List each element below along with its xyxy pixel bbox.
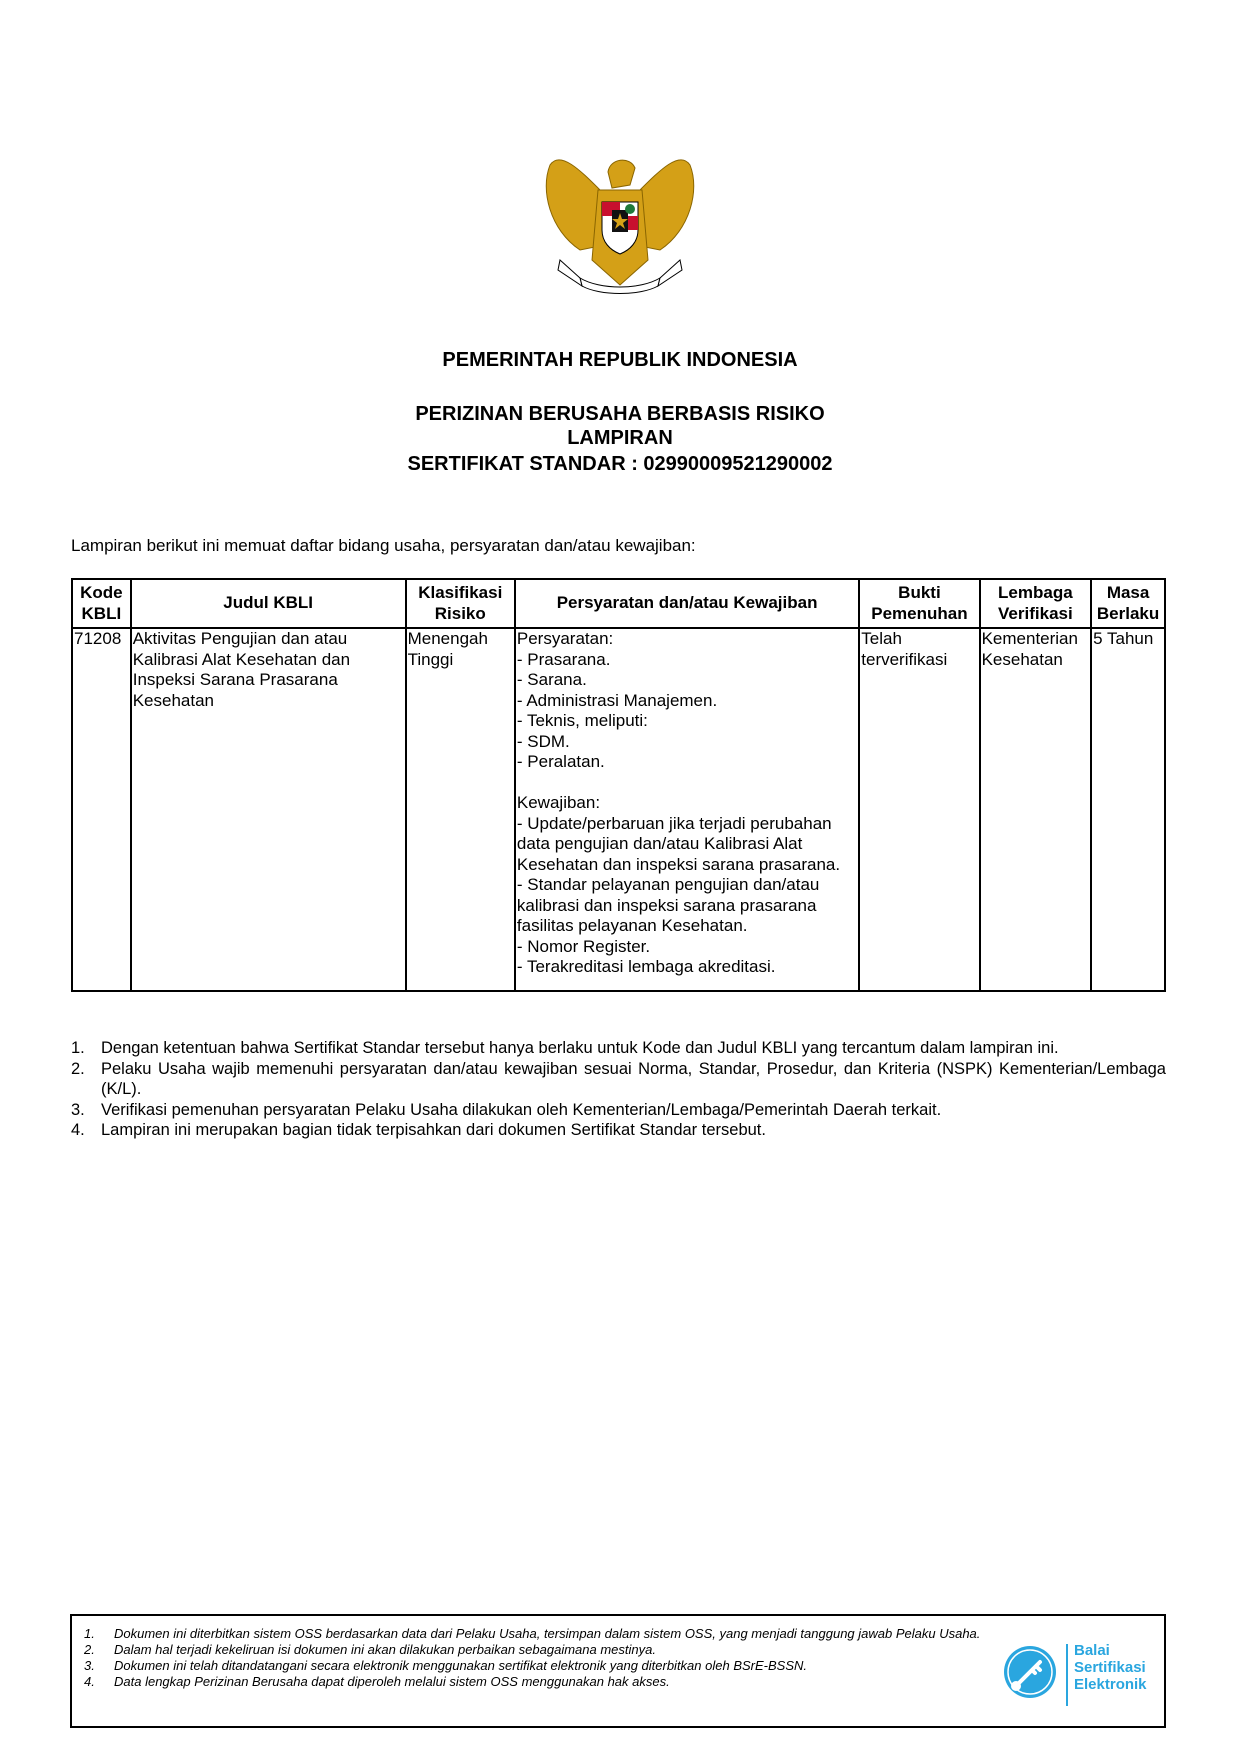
requirement-line: - Standar pelayanan pengujian dan/atau k… bbox=[517, 875, 857, 937]
intro-text: Lampiran berikut ini memuat daftar bidan… bbox=[71, 536, 696, 556]
table-row: 71208 Aktivitas Pengujian dan atau Kalib… bbox=[72, 628, 1165, 991]
requirement-line: Persyaratan: bbox=[517, 629, 857, 650]
logo-divider bbox=[1066, 1644, 1068, 1706]
requirement-line: - SDM. bbox=[517, 732, 857, 753]
certificate-number: SERTIFIKAT STANDAR : 02990009521290002 bbox=[0, 452, 1240, 476]
header-bukti-pemenuhan: BuktiPemenuhan bbox=[859, 579, 979, 628]
header-klasifikasi-risiko: KlasifikasiRisiko bbox=[406, 579, 515, 628]
requirement-line: - Terakreditasi lembaga akreditasi. bbox=[517, 957, 857, 978]
header-masa-berlaku: MasaBerlaku bbox=[1091, 579, 1165, 628]
requirement-line: - Nomor Register. bbox=[517, 937, 857, 958]
attachment-title: LAMPIRAN bbox=[0, 426, 1240, 450]
note-item: 2.Pelaku Usaha wajib memenuhi persyarata… bbox=[71, 1059, 1166, 1100]
cell-lembaga: Kementerian Kesehatan bbox=[980, 628, 1092, 991]
cell-klasifikasi: Menengah Tinggi bbox=[406, 628, 515, 991]
table-header-row: KodeKBLI Judul KBLI KlasifikasiRisiko Pe… bbox=[72, 579, 1165, 628]
header-judul-kbli: Judul KBLI bbox=[131, 579, 406, 628]
disclaimer-item: 4.Data lengkap Perizinan Berusaha dapat … bbox=[84, 1674, 984, 1690]
requirement-line: - Prasarana. bbox=[517, 650, 857, 671]
requirement-line: Kewajiban: bbox=[517, 793, 857, 814]
header-lembaga-verifikasi: LembagaVerifikasi bbox=[980, 579, 1092, 628]
note-item: 3.Verifikasi pemenuhan persyaratan Pelak… bbox=[71, 1100, 1166, 1121]
cell-masa: 5 Tahun bbox=[1091, 628, 1165, 991]
requirement-line: - Update/perbaruan jika terjadi perubaha… bbox=[517, 814, 857, 876]
footer-disclaimer-box: 1.Dokumen ini diterbitkan sistem OSS ber… bbox=[70, 1614, 1166, 1728]
requirement-line: - Administrasi Manajemen. bbox=[517, 691, 857, 712]
requirement-line bbox=[517, 773, 857, 794]
header-kode-kbli: KodeKBLI bbox=[72, 579, 131, 628]
disclaimer-item: 1.Dokumen ini diterbitkan sistem OSS ber… bbox=[84, 1626, 984, 1642]
requirement-line: - Teknis, meliputi: bbox=[517, 711, 857, 732]
document-type-title: PERIZINAN BERUSAHA BERBASIS RISIKO bbox=[0, 402, 1240, 426]
disclaimer-item: 2.Dalam hal terjadi kekeliruan isi dokum… bbox=[84, 1642, 984, 1658]
cell-judul: Aktivitas Pengujian dan atau Kalibrasi A… bbox=[131, 628, 406, 991]
note-item: 4.Lampiran ini merupakan bagian tidak te… bbox=[71, 1120, 1166, 1141]
issuer-title: PEMERINTAH REPUBLIK INDONESIA bbox=[0, 348, 1240, 372]
cell-persyaratan: Persyaratan:- Prasarana.- Sarana.- Admin… bbox=[515, 628, 859, 991]
bsre-logo: Balai Sertifikasi Elektronik bbox=[1002, 1636, 1162, 1716]
garuda-pancasila-emblem bbox=[540, 150, 700, 300]
key-circle-icon bbox=[1002, 1644, 1058, 1700]
requirement-line: - Sarana. bbox=[517, 670, 857, 691]
disclaimer-list: 1.Dokumen ini diterbitkan sistem OSS ber… bbox=[84, 1626, 984, 1690]
header-persyaratan: Persyaratan dan/atau Kewajiban bbox=[515, 579, 859, 628]
kbli-table: KodeKBLI Judul KBLI KlasifikasiRisiko Pe… bbox=[71, 578, 1166, 992]
note-item: 1.Dengan ketentuan bahwa Sertifikat Stan… bbox=[71, 1038, 1166, 1059]
cell-kode: 71208 bbox=[72, 628, 131, 991]
bsre-logo-text: Balai Sertifikasi Elektronik bbox=[1074, 1642, 1147, 1693]
requirement-line: - Peralatan. bbox=[517, 752, 857, 773]
disclaimer-item: 3.Dokumen ini telah ditandatangani secar… bbox=[84, 1658, 984, 1674]
cell-bukti: Telah terverifikasi bbox=[859, 628, 979, 991]
notes-list: 1.Dengan ketentuan bahwa Sertifikat Stan… bbox=[71, 1038, 1166, 1141]
